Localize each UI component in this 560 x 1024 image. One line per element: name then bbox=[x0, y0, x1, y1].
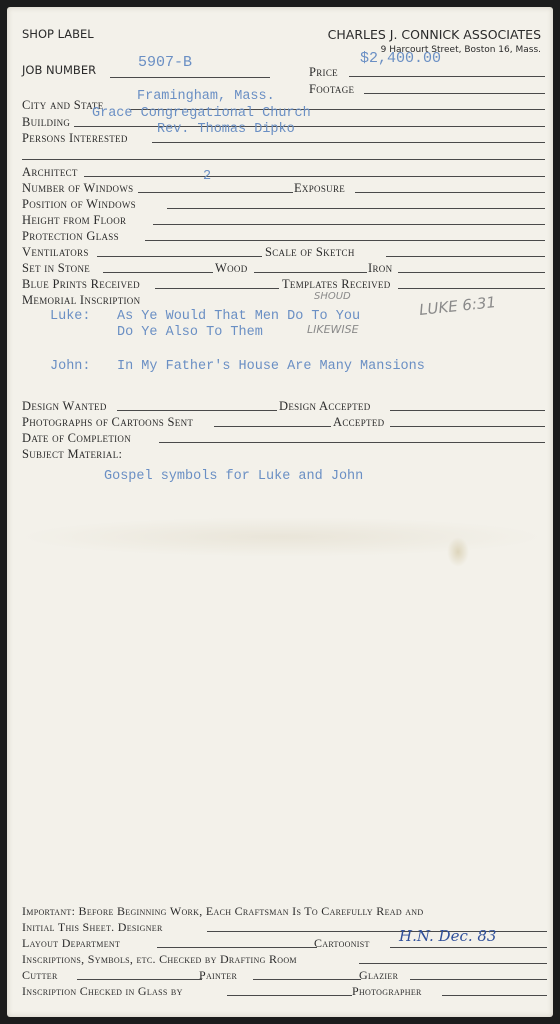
ventilators-line bbox=[97, 256, 262, 257]
designer-label: Initial This Sheet. Designer bbox=[22, 920, 163, 935]
memorial-inscription-label: Memorial Inscription bbox=[22, 293, 140, 308]
scale-of-sketch-line bbox=[386, 256, 545, 257]
inscriptions-checked-line bbox=[359, 963, 547, 964]
exposure-label: Exposure bbox=[294, 181, 345, 196]
glazier-label: Glazier bbox=[359, 968, 398, 983]
inscription-checked-glass-label: Inscription Checked in Glass by bbox=[22, 984, 183, 999]
annotation-luke-reference: LUKE 6:31 bbox=[418, 293, 497, 319]
annotation-should: SHOUD bbox=[314, 291, 351, 302]
photographs-sent-label: Photographs of Cartoons Sent bbox=[22, 415, 193, 430]
job-number-line bbox=[110, 77, 270, 78]
persons-interested-value[interactable]: Rev. Thomas Dipko bbox=[157, 122, 295, 137]
blue-prints-received-line bbox=[155, 288, 279, 289]
inscription-luke-label: Luke: bbox=[50, 309, 91, 324]
important-notice: Important: Before Beginning Work, Each C… bbox=[22, 904, 423, 919]
cartoonist-label: Cartoonist bbox=[314, 936, 370, 951]
architect-line bbox=[84, 176, 545, 177]
inscriptions-checked-label: Inscriptions, Symbols, etc. Checked by D… bbox=[22, 952, 297, 967]
inscription-luke-line2[interactable]: Do Ye Also To Them bbox=[117, 325, 263, 340]
cartoonist-signature: H.N. Dec. 83 bbox=[399, 927, 496, 945]
iron-label: Iron bbox=[368, 261, 392, 276]
blue-prints-received-label: Blue Prints Received bbox=[22, 277, 140, 292]
ventilators-label: Ventilators bbox=[22, 245, 89, 260]
wood-label: Wood bbox=[215, 261, 248, 276]
accepted-line bbox=[390, 426, 545, 427]
position-of-windows-line bbox=[167, 208, 545, 209]
cutter-label: Cutter bbox=[22, 968, 58, 983]
annotation-likewise: LIKEWISE bbox=[307, 323, 359, 336]
price-label: Price bbox=[309, 65, 338, 80]
building-line bbox=[74, 126, 545, 127]
set-in-stone-line bbox=[103, 272, 213, 273]
price-value[interactable]: $2,400.00 bbox=[360, 50, 441, 67]
painter-label: Painter bbox=[199, 968, 237, 983]
photographer-line bbox=[442, 995, 547, 996]
height-from-floor-line bbox=[153, 224, 545, 225]
layout-department-line bbox=[157, 947, 317, 948]
set-in-stone-label: Set in Stone bbox=[22, 261, 90, 276]
number-of-windows-line bbox=[138, 192, 293, 193]
design-wanted-line bbox=[117, 410, 277, 411]
position-of-windows-label: Position of Windows bbox=[22, 197, 136, 212]
company-name: CHARLES J. CONNICK ASSOCIATES bbox=[328, 27, 541, 42]
glazier-line bbox=[410, 979, 547, 980]
job-number-value[interactable]: 5907-B bbox=[138, 54, 192, 71]
scale-of-sketch-label: Scale of Sketch bbox=[265, 245, 355, 260]
templates-received-label: Templates Received bbox=[282, 277, 391, 292]
building-value[interactable]: Grace Congregational Church bbox=[92, 106, 311, 121]
subject-material-value[interactable]: Gospel symbols for Luke and John bbox=[104, 469, 363, 484]
footage-label: Footage bbox=[309, 82, 354, 97]
inscription-john-line[interactable]: In My Father's House Are Many Mansions bbox=[117, 359, 425, 374]
date-of-completion-label: Date of Completion bbox=[22, 431, 131, 446]
job-number-label: JOB NUMBER bbox=[22, 63, 96, 77]
exposure-line bbox=[355, 192, 545, 193]
layout-department-label: Layout Department bbox=[22, 936, 120, 951]
inscription-luke-line1[interactable]: As Ye Would That Men Do To You bbox=[117, 309, 360, 324]
persons-interested-label: Persons Interested bbox=[22, 131, 128, 146]
cartoonist-line bbox=[390, 947, 547, 948]
subject-material-label: Subject Material: bbox=[22, 447, 122, 462]
footage-line bbox=[364, 93, 545, 94]
paper-stain-spot bbox=[447, 537, 469, 567]
architect-label: Architect bbox=[22, 165, 78, 180]
painter-line bbox=[253, 979, 361, 980]
number-of-windows-label: Number of Windows bbox=[22, 181, 133, 196]
number-of-windows-value[interactable]: 2 bbox=[203, 169, 211, 184]
shop-label-heading: SHOP LABEL bbox=[22, 27, 94, 41]
design-accepted-label: Design Accepted bbox=[279, 399, 371, 414]
price-line bbox=[349, 76, 545, 77]
blank-line bbox=[22, 159, 545, 160]
shop-label-card: SHOP LABEL CHARLES J. CONNICK ASSOCIATES… bbox=[7, 7, 553, 1017]
templates-received-line bbox=[398, 288, 545, 289]
persons-interested-line bbox=[152, 142, 545, 143]
building-label: Building bbox=[22, 115, 70, 130]
inscription-checked-glass-line bbox=[227, 995, 352, 996]
design-wanted-label: Design Wanted bbox=[22, 399, 107, 414]
photographs-sent-line bbox=[214, 426, 331, 427]
protection-glass-label: Protection Glass bbox=[22, 229, 119, 244]
accepted-label: Accepted bbox=[333, 415, 384, 430]
height-from-floor-label: Height from Floor bbox=[22, 213, 126, 228]
wood-line bbox=[254, 272, 367, 273]
photographer-label: Photographer bbox=[352, 984, 422, 999]
protection-glass-line bbox=[145, 240, 545, 241]
design-accepted-line bbox=[390, 410, 545, 411]
date-of-completion-line bbox=[159, 442, 545, 443]
cutter-line bbox=[77, 979, 202, 980]
inscription-john-label: John: bbox=[50, 359, 91, 374]
iron-line bbox=[398, 272, 545, 273]
city-state-value[interactable]: Framingham, Mass. bbox=[137, 89, 275, 104]
